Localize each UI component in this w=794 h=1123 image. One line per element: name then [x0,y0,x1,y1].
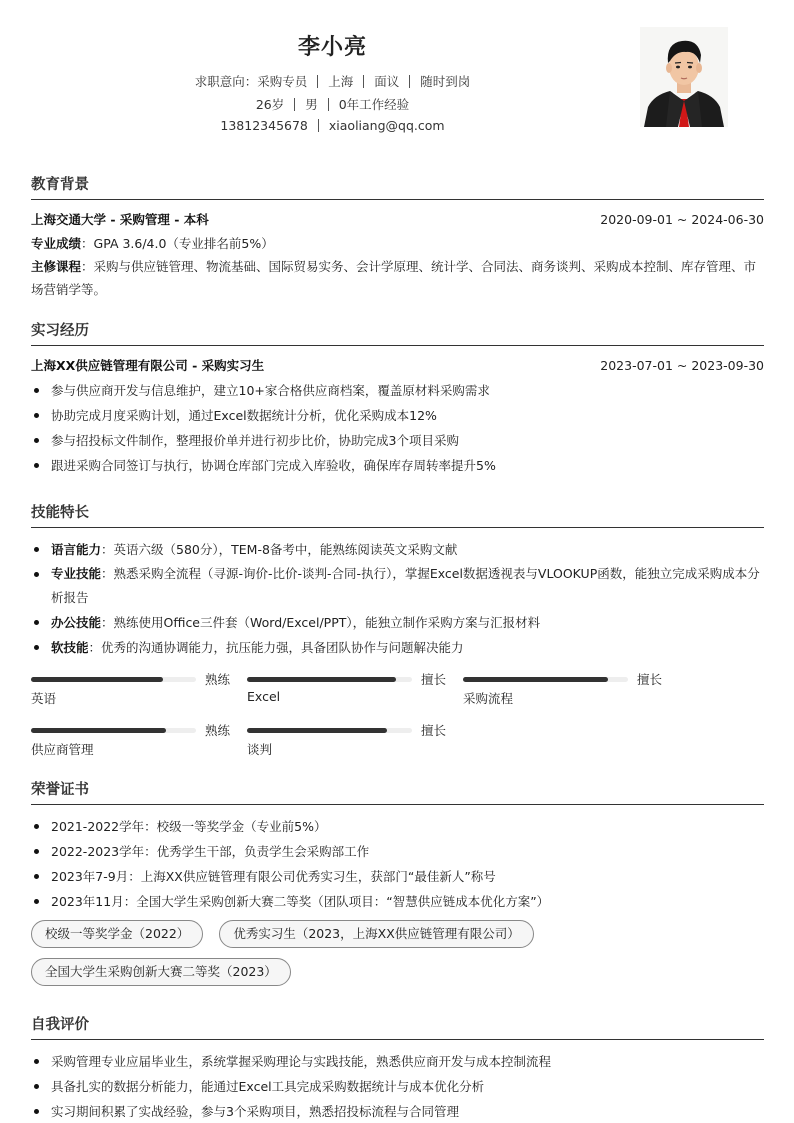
progress-fill [463,677,608,682]
skills-section: 技能特长 语言能力：英语六级（580分），TEM-8备考中，能熟练阅读英文采购文… [31,502,764,660]
list-item: 实习期间积累了实战经验，参与3个采购项目，熟悉招投标流程与合同管理 [31,1099,764,1123]
progress-track [247,728,412,733]
divider [363,75,364,88]
divider [294,98,295,111]
section-divider [31,199,764,200]
list-item: 2023年7-9月：上海XX供应链管理有限公司优秀实习生，获部门“最佳新人”称号 [31,864,764,889]
job-intent-line: 求职意向：采购专员上海面议随时到岗 [0,72,665,90]
progress-track [247,677,412,682]
education-dates: 2020-09-01 ~ 2024-06-30 [600,207,764,232]
section-divider [31,345,764,346]
skills-bullets: 语言能力：英语六级（580分），TEM-8备考中，能熟练阅读英文采购文献 专业技… [31,537,764,660]
phone: 13812345678 [220,118,307,133]
section-divider [31,804,764,805]
section-divider [31,527,764,528]
job-intent: 求职意向：采购专员 [195,74,308,89]
courses-label: 主修课程 [31,259,81,274]
list-item: 具备扎实的数据分析能力，能通过Excel工具完成采购数据统计与成本优化分析 [31,1074,764,1099]
progress-track [31,728,196,733]
list-item: 采购管理专业应届毕业生，系统掌握采购理论与实践技能，熟悉供应商开发与成本控制流程 [31,1049,764,1074]
skill-name: Excel [247,689,280,704]
list-item: 软技能：优秀的沟通协调能力，抗压能力强，具备团队协作与问题解决能力 [31,635,764,660]
gpa-line: 专业成绩：GPA 3.6/4.0（专业排名前5%） [31,232,764,255]
list-item: 参与供应商开发与信息维护，建立10+家合格供应商档案，覆盖原材料采购需求 [31,378,764,403]
location: 上海 [328,74,353,89]
progress-track [31,677,196,682]
list-item: 办公技能：熟练使用Office三件套（Word/Excel/PPT），能独立制作… [31,610,764,635]
skill-bar-english: 熟练 英语 [31,672,236,712]
honor-tag: 全国大学生采购创新大赛二等奖（2023） [31,958,291,986]
resume-header: 李小亮 求职意向：采购专员上海面议随时到岗 26岁男0年工作经验 1381234… [0,0,794,150]
gender: 男 [305,97,318,112]
age: 26岁 [256,97,284,112]
skill-text: ：熟练使用Office三件套（Word/Excel/PPT），能独立制作采购方案… [101,615,540,630]
courses-value: ：采购与供应链管理、物流基础、国际贸易实务、会计学原理、统计学、合同法、商务谈判… [31,259,756,297]
skill-text: ：熟悉采购全流程（寻源-询价-比价-谈判-合同-执行），掌握Excel数据透视表… [51,566,760,605]
divider [318,119,319,132]
school-line: 上海交通大学 - 采购管理 - 本科 [31,207,209,232]
skill-key: 办公技能 [51,615,101,630]
section-title: 荣誉证书 [31,779,764,801]
skill-name: 采购流程 [463,689,513,707]
progress-fill [247,728,387,733]
gpa-label: 专业成绩 [31,236,81,251]
section-title: 技能特长 [31,502,764,524]
contact-line: 13812345678xiaoliang@qq.com [0,118,665,133]
self-evaluation-section: 自我评价 采购管理专业应届毕业生，系统掌握采购理论与实践技能，熟悉供应商开发与成… [31,1014,764,1123]
honor-tag: 优秀实习生（2023，上海XX供应链管理有限公司） [219,920,533,948]
skill-level: 熟练 [205,670,230,688]
list-item: 2021-2022学年：校级一等奖学金（专业前5%） [31,814,764,839]
skill-bar-procurement-process: 擅长 采购流程 [463,672,668,712]
internship-entry-header: 上海XX供应链管理有限公司 - 采购实习生 2023-07-01 ~ 2023-… [31,353,764,378]
honors-section: 荣誉证书 2021-2022学年：校级一等奖学金（专业前5%） 2022-202… [31,779,764,986]
skill-text: ：优秀的沟通协调能力，抗压能力强，具备团队协作与问题解决能力 [89,640,464,655]
list-item: 跟进采购合同签订与执行，协调仓库部门完成入库验收，确保库存周转率提升5% [31,453,764,478]
avatar-illustration-icon [640,27,728,127]
internship-section: 实习经历 上海XX供应链管理有限公司 - 采购实习生 2023-07-01 ~ … [31,320,764,478]
skill-bar-supplier-management: 熟练 供应商管理 [31,723,236,763]
skill-key: 软技能 [51,640,89,655]
progress-fill [247,677,396,682]
progress-track [463,677,628,682]
section-title: 自我评价 [31,1014,764,1036]
divider [317,75,318,88]
skill-name: 谈判 [247,740,272,758]
list-item: 2023年11月：全国大学生采购创新大赛二等奖（团队项目：“智慧供应链成本优化方… [31,889,764,914]
skill-name: 英语 [31,689,56,707]
education-entry-header: 上海交通大学 - 采购管理 - 本科 2020-09-01 ~ 2024-06-… [31,207,764,232]
honors-bullets: 2021-2022学年：校级一等奖学金（专业前5%） 2022-2023学年：优… [31,814,764,914]
company-line: 上海XX供应链管理有限公司 - 采购实习生 [31,353,264,378]
honor-tags: 校级一等奖学金（2022） 优秀实习生（2023，上海XX供应链管理有限公司） … [31,920,631,986]
gpa-value: ：GPA 3.6/4.0（专业排名前5%） [81,236,274,251]
internship-dates: 2023-07-01 ~ 2023-09-30 [600,353,764,378]
honor-tag: 校级一等奖学金（2022） [31,920,203,948]
list-item: 语言能力：英语六级（580分），TEM-8备考中，能熟练阅读英文采购文献 [31,537,764,562]
email: xiaoliang@qq.com [329,118,445,133]
divider [328,98,329,111]
skill-bar-excel: 擅长 Excel [247,672,452,712]
list-item: 参与招投标文件制作，整理报价单并进行初步比价，协助完成3个项目采购 [31,428,764,453]
skill-level: 擅长 [637,670,662,688]
divider [409,75,410,88]
list-item: 2022-2023学年：优秀学生干部，负责学生会采购部工作 [31,839,764,864]
education-section: 教育背景 上海交通大学 - 采购管理 - 本科 2020-09-01 ~ 202… [31,174,764,301]
list-item: 协助完成月度采购计划，通过Excel数据统计分析，优化采购成本12% [31,403,764,428]
skill-bar-negotiation: 擅长 谈判 [247,723,452,763]
skill-text: ：英语六级（580分），TEM-8备考中，能熟练阅读英文采购文献 [101,542,457,557]
skill-key: 专业技能 [51,566,101,581]
courses-line: 主修课程：采购与供应链管理、物流基础、国际贸易实务、会计学原理、统计学、合同法、… [31,255,764,301]
skill-level: 熟练 [205,721,230,739]
salary: 面议 [374,74,399,89]
section-title: 实习经历 [31,320,764,342]
personal-info-line: 26岁男0年工作经验 [0,95,665,113]
skill-level: 擅长 [421,670,446,688]
list-item: 专业技能：熟悉采购全流程（寻源-询价-比价-谈判-合同-执行），掌握Excel数… [31,562,764,610]
progress-fill [31,728,166,733]
availability: 随时到岗 [420,74,470,89]
self-eval-bullets: 采购管理专业应届毕业生，系统掌握采购理论与实践技能，熟悉供应商开发与成本控制流程… [31,1049,764,1123]
experience: 0年工作经验 [339,97,409,112]
internship-bullets: 参与供应商开发与信息维护，建立10+家合格供应商档案，覆盖原材料采购需求 协助完… [31,378,764,478]
progress-fill [31,677,163,682]
section-title: 教育背景 [31,174,764,196]
skill-key: 语言能力 [51,542,101,557]
skill-level: 擅长 [421,721,446,739]
profile-photo [640,27,728,127]
section-divider [31,1039,764,1040]
skill-name: 供应商管理 [31,740,94,758]
candidate-name: 李小亮 [0,30,665,61]
